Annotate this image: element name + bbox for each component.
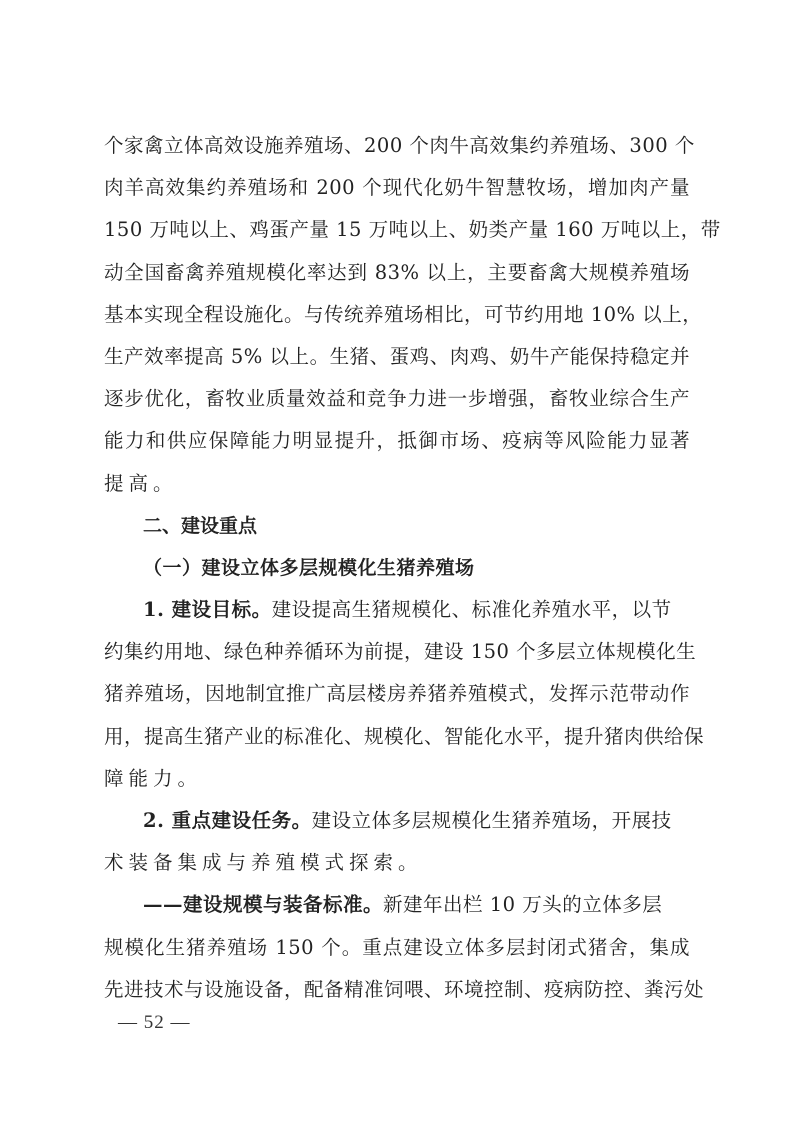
document-page: 个家禽立体高效设施养殖场、200 个肉牛高效集约养殖场、300 个 肉羊高效集约… — [0, 0, 794, 1123]
paragraph-line: 能力和供应保障能力明显提升，抵御市场、疫病等风险能力显著 — [104, 421, 690, 463]
paragraph-line: 基本实现全程设施化。与传统养殖场相比，可节约用地 10% 以上， — [104, 295, 690, 337]
item-1-first-line: 1. 建设目标。建设提高生猪规模化、标准化养殖水平，以节 — [104, 590, 690, 632]
paragraph-line: 肉羊高效集约养殖场和 200 个现代化奶牛智慧牧场，增加肉产量 — [104, 168, 690, 210]
item-2-text: 建设立体多层规模化生猪养殖场，开展技 — [312, 809, 672, 832]
item-1-text: 建设提高生猪规模化、标准化养殖水平，以节 — [272, 598, 672, 621]
paragraph-line: 个家禽立体高效设施养殖场、200 个肉牛高效集约养殖场、300 个 — [104, 126, 690, 168]
page-number: — 52 — — [118, 1012, 191, 1034]
paragraph-line: 提高。 — [104, 464, 690, 506]
item-3-first-line: ——建设规模与装备标准。新建年出栏 10 万头的立体多层 — [104, 885, 690, 927]
paragraph-line: 150 万吨以上、鸡蛋产量 15 万吨以上、奶类产量 160 万吨以上，带 — [104, 210, 690, 252]
paragraph-line: 规模化生猪养殖场 150 个。重点建设立体多层封闭式猪舍，集成 — [104, 928, 690, 970]
item-3-text: 新建年出栏 10 万头的立体多层 — [383, 893, 662, 916]
paragraph-line: 用，提高生猪产业的标准化、规模化、智能化水平，提升猪肉供给保 — [104, 717, 690, 759]
paragraph-line: 逐步优化，畜牧业质量效益和竞争力进一步增强，畜牧业综合生产 — [104, 379, 690, 421]
paragraph-line: 障能力。 — [104, 759, 690, 801]
paragraph-line: 先进技术与设施设备，配备精准饲喂、环境控制、疫病防控、粪污处 — [104, 970, 690, 1012]
item-2-first-line: 2. 重点建设任务。建设立体多层规模化生猪养殖场，开展技 — [104, 801, 690, 843]
section-heading: 二、建设重点 — [104, 506, 690, 548]
paragraph-line: 猪养殖场，因地制宜推广高层楼房养猪养殖模式，发挥示范带动作 — [104, 674, 690, 716]
paragraph-line: 约集约用地、绿色种养循环为前提，建设 150 个多层立体规模化生 — [104, 632, 690, 674]
item-3-lead: ——建设规模与装备标准。 — [143, 893, 383, 916]
paragraph-line: 生产效率提高 5% 以上。生猪、蛋鸡、肉鸡、奶牛产能保持稳定并 — [104, 337, 690, 379]
item-1-lead: 1. 建设目标。 — [143, 598, 272, 621]
body-text: 个家禽立体高效设施养殖场、200 个肉牛高效集约养殖场、300 个 肉羊高效集约… — [104, 126, 690, 1012]
item-2-lead: 2. 重点建设任务。 — [143, 809, 312, 832]
subsection-heading: （一）建设立体多层规模化生猪养殖场 — [104, 548, 690, 590]
paragraph-line: 动全国畜禽养殖规模化率达到 83% 以上，主要畜禽大规模养殖场 — [104, 253, 690, 295]
paragraph-line: 术装备集成与养殖模式探索。 — [104, 843, 690, 885]
